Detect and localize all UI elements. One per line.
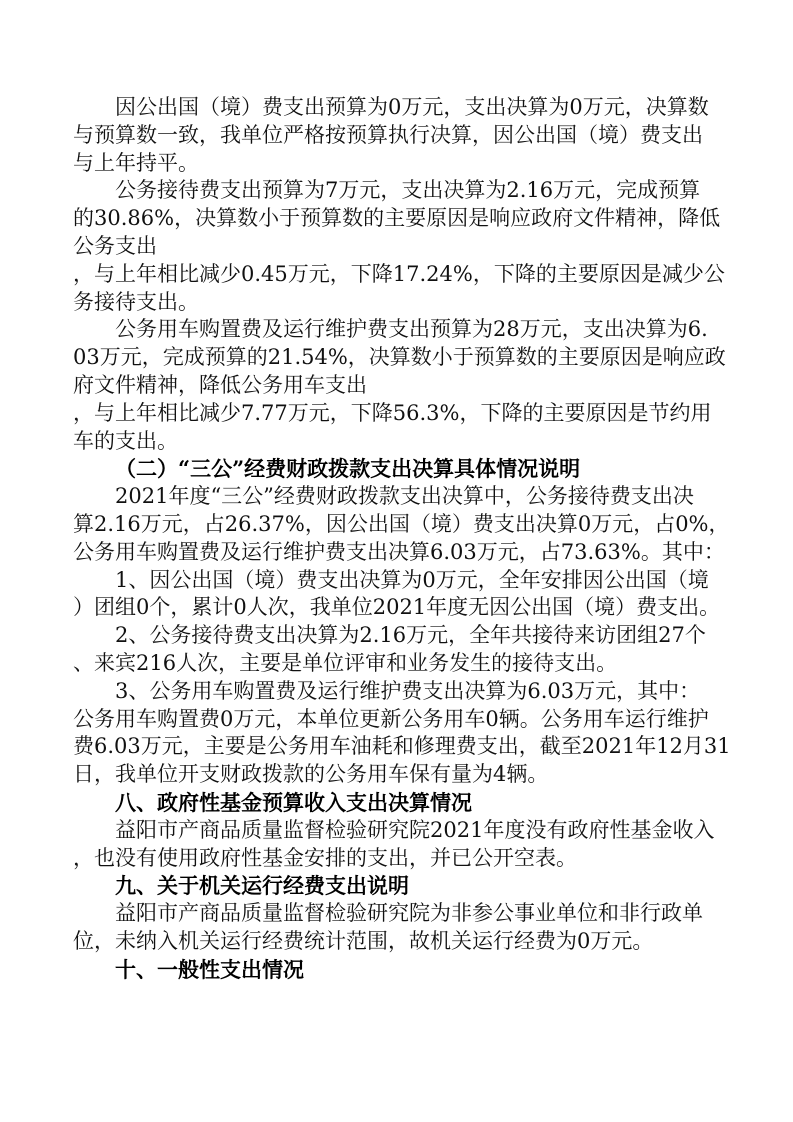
- text-line: ）团组0个，累计0人次，我单位2021年度无因公出国（境）费支出。: [73, 594, 723, 622]
- document-page: 因公出国（境）费支出预算为0万元，支出决算为0万元，决算数 与预算数一致，我单位…: [0, 0, 793, 1122]
- paragraph-vehicle-budget: 公务用车购置费及运行维护费支出预算为28万元，支出决算为6. 03万元，完成预算…: [73, 316, 723, 399]
- paragraph-item-1-overseas: 1、因公出国（境）费支出决算为0万元，全年安排因公出国（境 ）团组0个，累计0人…: [73, 567, 723, 623]
- text-line: 算2.16万元，占26.37%，因公出国（境）费支出决算0万元，占0%，: [73, 511, 723, 539]
- text-line: 因公出国（境）费支出预算为0万元，支出决算为0万元，决算数: [73, 94, 723, 122]
- text-line: 车的支出。: [73, 428, 723, 456]
- text-line: 2021年度“三公”经费财政拨款支出决算中，公务接待费支出决: [73, 483, 723, 511]
- text-line: 公务用车购置费及运行维护费支出决算6.03万元，占73.63%。其中：: [73, 539, 723, 567]
- text-line: 公务支出: [73, 233, 723, 261]
- text-line: 2、公务接待费支出决算为2.16万元，全年共接待来访团组27个: [73, 622, 723, 650]
- paragraph-operating-expenses: 益阳市产商品质量监督检验研究院为非参公事业单位和非行政单 位，未纳入机关运行经费…: [73, 900, 723, 956]
- text-line: 公务接待费支出预算为7万元，支出决算为2.16万元，完成预算: [73, 177, 723, 205]
- document-body: 因公出国（境）费支出预算为0万元，支出决算为0万元，决算数 与预算数一致，我单位…: [73, 94, 723, 984]
- section-heading-operating-expenses: 九、关于机关运行经费支出说明: [73, 872, 723, 900]
- text-line: 位，未纳入机关运行经费统计范围，故机关运行经费为0万元。: [73, 928, 723, 956]
- paragraph-overseas-budget: 因公出国（境）费支出预算为0万元，支出决算为0万元，决算数 与预算数一致，我单位…: [73, 94, 723, 177]
- text-line: 03万元，完成预算的21.54%，决算数小于预算数的主要原因是响应政: [73, 344, 723, 372]
- paragraph-government-fund: 益阳市产商品质量监督检验研究院2021年度没有政府性基金收入 ，也没有使用政府性…: [73, 817, 723, 873]
- text-line: ，与上年相比减少0.45万元，下降17.24%，下降的主要原因是减少公: [73, 261, 723, 289]
- paragraph-2021-summary: 2021年度“三公”经费财政拨款支出决算中，公务接待费支出决 算2.16万元，占…: [73, 483, 723, 566]
- section-heading-government-fund: 八、政府性基金预算收入支出决算情况: [73, 789, 723, 817]
- paragraph-item-3-vehicle: 3、公务用车购置费及运行维护费支出决算为6.03万元，其中： 公务用车购置费0万…: [73, 678, 723, 789]
- text-line: 府文件精神，降低公务用车支出: [73, 372, 723, 400]
- section-heading-general-expenses: 十、一般性支出情况: [73, 956, 723, 984]
- text-line: 与预算数一致，我单位严格按预算执行决算，因公出国（境）费支出: [73, 122, 723, 150]
- section-heading-three-public-expenses: （二）“三公”经费财政拨款支出决算具体情况说明: [73, 455, 723, 483]
- text-line: ，与上年相比减少7.77万元，下降56.3%，下降的主要原因是节约用: [73, 400, 723, 428]
- paragraph-reception-comparison: ，与上年相比减少0.45万元，下降17.24%，下降的主要原因是减少公 务接待支…: [73, 261, 723, 317]
- text-line: 日，我单位开支财政拨款的公务用车保有量为4辆。: [73, 761, 723, 789]
- text-line: 、来宾216人次，主要是单位评审和业务发生的接待支出。: [73, 650, 723, 678]
- paragraph-item-2-reception: 2、公务接待费支出决算为2.16万元，全年共接待来访团组27个 、来宾216人次…: [73, 622, 723, 678]
- text-line: 的30.86%，决算数小于预算数的主要原因是响应政府文件精神，降低: [73, 205, 723, 233]
- text-line: 益阳市产商品质量监督检验研究院为非参公事业单位和非行政单: [73, 900, 723, 928]
- text-line: 与上年持平。: [73, 150, 723, 178]
- text-line: 1、因公出国（境）费支出决算为0万元，全年安排因公出国（境: [73, 567, 723, 595]
- paragraph-reception-budget: 公务接待费支出预算为7万元，支出决算为2.16万元，完成预算 的30.86%，决…: [73, 177, 723, 260]
- text-line: 公务用车购置费及运行维护费支出预算为28万元，支出决算为6.: [73, 316, 723, 344]
- paragraph-vehicle-comparison: ，与上年相比减少7.77万元，下降56.3%，下降的主要原因是节约用 车的支出。: [73, 400, 723, 456]
- text-line: 费6.03万元，主要是公务用车油耗和修理费支出，截至2021年12月31: [73, 733, 723, 761]
- text-line: 务接待支出。: [73, 289, 723, 317]
- text-line: 益阳市产商品质量监督检验研究院2021年度没有政府性基金收入: [73, 817, 723, 845]
- text-line: 3、公务用车购置费及运行维护费支出决算为6.03万元，其中：: [73, 678, 723, 706]
- text-line: ，也没有使用政府性基金安排的支出，并已公开空表。: [73, 845, 723, 873]
- text-line: 公务用车购置费0万元，本单位更新公务用车0辆。公务用车运行维护: [73, 706, 723, 734]
